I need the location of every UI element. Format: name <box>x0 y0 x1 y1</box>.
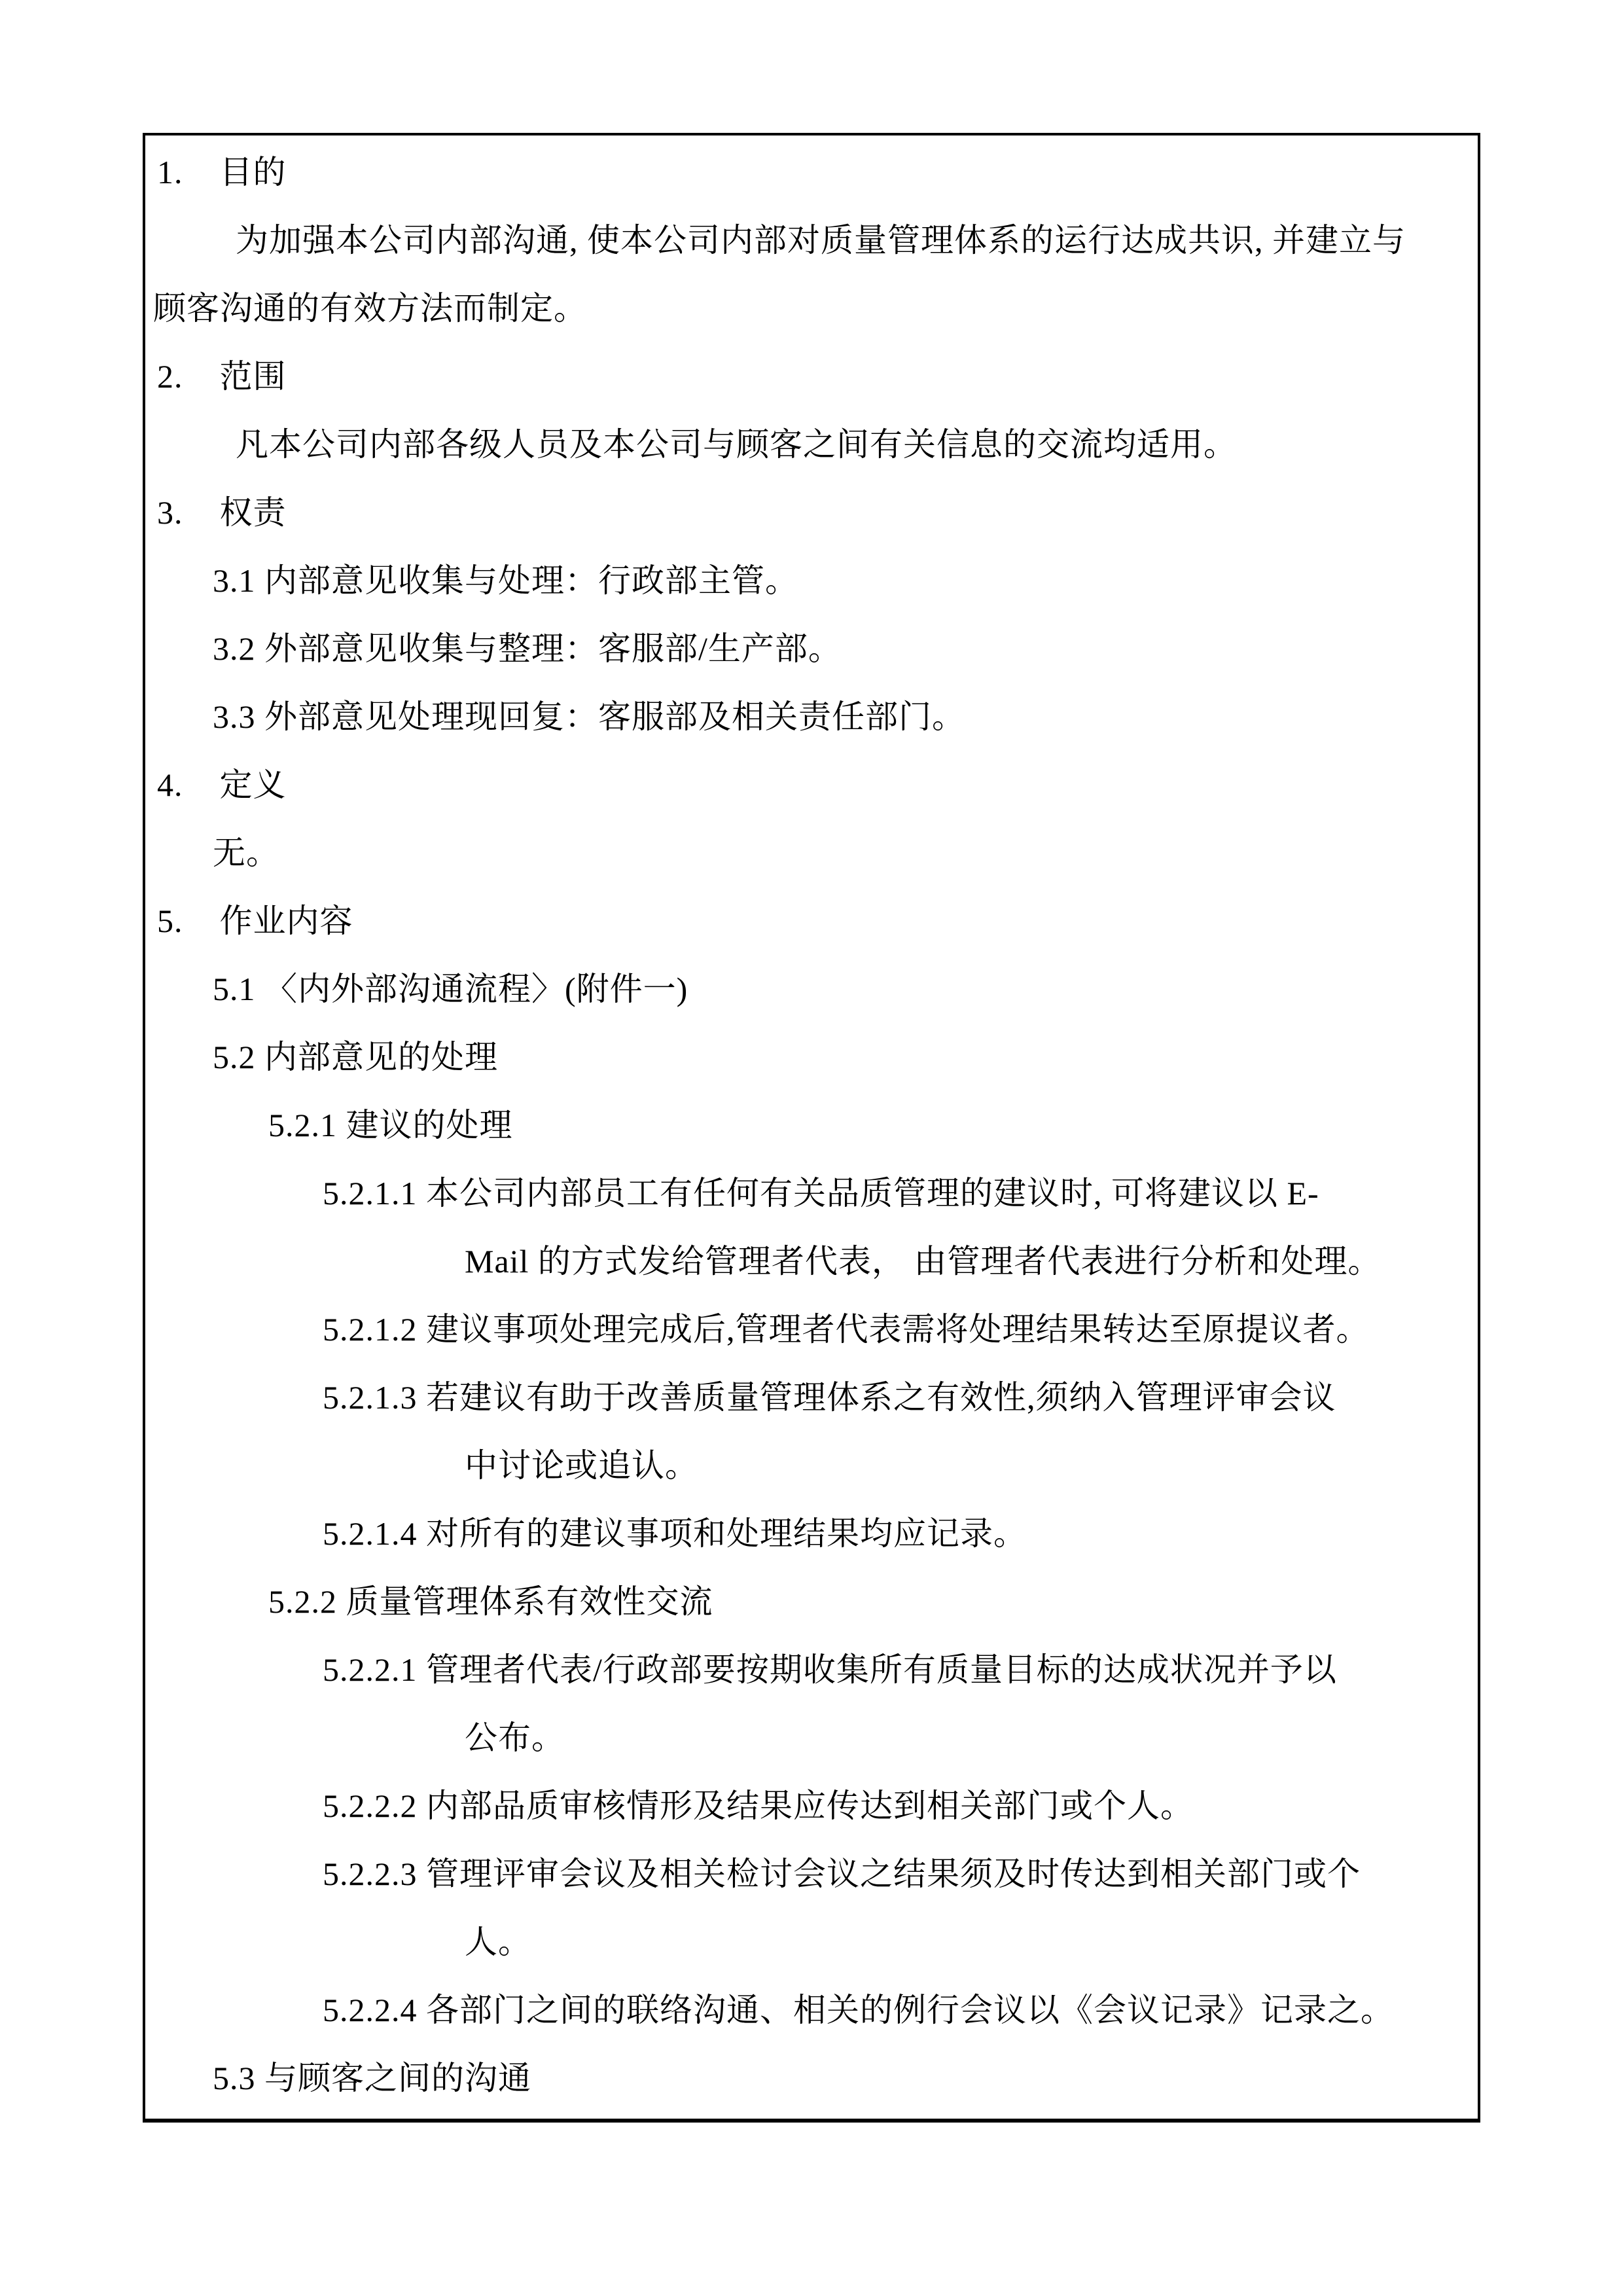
line-text: 5.1 〈内外部沟通流程〉(附件一) <box>213 971 688 1007</box>
line-text: 5.2.1.2 建议事项处理完成后,管理者代表需将处理结果转达至原提议者。 <box>323 1311 1370 1348</box>
text-line: 无。 <box>145 819 1478 887</box>
line-text: 5.2.2.1 管理者代表/行政部要按期收集所有质量目标的达成状况并予以 <box>323 1651 1337 1688</box>
line-text: 5.2.2.4 各部门之间的联络沟通、相关的例行会议以《会议记录》记录之。 <box>323 1992 1394 2028</box>
line-text: 目的 <box>220 154 287 190</box>
section-number: 2. <box>157 342 211 410</box>
text-line: 5.2.1.1 本公司内部员工有任何有关品质管理的建议时, 可将建议以 E- <box>145 1159 1478 1227</box>
text-line: 3. 权责 <box>145 478 1478 547</box>
text-line: 5.2 内部意见的处理 <box>145 1023 1478 1091</box>
line-text: 3.1 内部意见收集与处理：行政部主管。 <box>213 562 798 599</box>
line-text: Mail 的方式发给管理者代表， 由管理者代表进行分析和处理。 <box>465 1243 1381 1280</box>
text-line: 5.2.2.4 各部门之间的联络沟通、相关的例行会议以《会议记录》记录之。 <box>145 1976 1478 2044</box>
text-line: Mail 的方式发给管理者代表， 由管理者代表进行分析和处理。 <box>145 1227 1478 1295</box>
text-line: 3.1 内部意见收集与处理：行政部主管。 <box>145 547 1478 615</box>
text-line: 人。 <box>145 1908 1478 1976</box>
text-line: 5.2.1 建议的处理 <box>145 1091 1478 1159</box>
text-line: 5.2.1.4 对所有的建议事项和处理结果均应记录。 <box>145 1499 1478 1568</box>
document-content-box: 1. 目的 为加强本公司内部沟通, 使本公司内部对质量管理体系的运行达成共识, … <box>143 133 1480 2123</box>
line-text: 中讨论或追认。 <box>465 1447 698 1484</box>
section-number: 1. <box>157 138 211 206</box>
text-line: 5.2.1.3 若建议有助于改善质量管理体系之有效性,须纳入管理评审会议 <box>145 1363 1478 1431</box>
section-number: 3. <box>157 478 211 547</box>
line-text: 顾客沟通的有效方法而制定。 <box>153 290 587 327</box>
line-text: 5.2.1.3 若建议有助于改善质量管理体系之有效性,须纳入管理评审会议 <box>323 1379 1336 1416</box>
text-line: 5.2.2.1 管理者代表/行政部要按期收集所有质量目标的达成状况并予以 <box>145 1636 1478 1704</box>
line-text: 人。 <box>465 1924 531 1960</box>
line-text: 为加强本公司内部沟通, 使本公司内部对质量管理体系的运行达成共识, 并建立与 <box>236 222 1406 259</box>
line-text: 5.2 内部意见的处理 <box>213 1039 498 1075</box>
text-line: 5. 作业内容 <box>145 887 1478 955</box>
text-line: 顾客沟通的有效方法而制定。 <box>145 274 1478 342</box>
text-line: 凡本公司内部各级人员及本公司与顾客之间有关信息的交流均适用。 <box>145 410 1478 478</box>
line-text: 5.2.2 质量管理体系有效性交流 <box>268 1583 713 1620</box>
section-number: 4. <box>157 751 211 819</box>
text-line: 5.2.1.2 建议事项处理完成后,管理者代表需将处理结果转达至原提议者。 <box>145 1295 1478 1363</box>
line-text: 范围 <box>220 358 287 395</box>
text-line: 2. 范围 <box>145 342 1478 410</box>
text-line: 公布。 <box>145 1704 1478 1772</box>
line-text: 凡本公司内部各级人员及本公司与顾客之间有关信息的交流均适用。 <box>236 426 1237 463</box>
line-text: 5.3 与顾客之间的沟通 <box>213 2060 531 2096</box>
line-text: 5.2.1.1 本公司内部员工有任何有关品质管理的建议时, 可将建议以 E- <box>323 1175 1319 1211</box>
page-background: { "page": { "background_color": "#ffffff… <box>0 0 1623 2296</box>
line-text: 公布。 <box>465 1719 565 1756</box>
line-text: 5.2.1 建议的处理 <box>268 1107 513 1143</box>
line-text: 5.2.2.3 管理评审会议及相关检讨会议之结果须及时传达到相关部门或个 <box>323 1856 1361 1892</box>
text-line: 4. 定义 <box>145 751 1478 819</box>
text-line: 5.3 与顾客之间的沟通 <box>145 2044 1478 2112</box>
line-text: 5.2.1.4 对所有的建议事项和处理结果均应记录。 <box>323 1515 1027 1552</box>
text-line: 3.3 外部意见处理现回复：客服部及相关责任部门。 <box>145 683 1478 751</box>
line-text: 定义 <box>220 766 287 803</box>
text-line: 为加强本公司内部沟通, 使本公司内部对质量管理体系的运行达成共识, 并建立与 <box>145 206 1478 274</box>
text-line: 1. 目的 <box>145 138 1478 206</box>
line-text: 5.2.2.2 内部品质审核情形及结果应传达到相关部门或个人。 <box>323 1787 1194 1824</box>
line-text: 3.2 外部意见收集与整理：客服部/生产部。 <box>213 630 842 667</box>
text-line: 3.2 外部意见收集与整理：客服部/生产部。 <box>145 615 1478 683</box>
text-line: 5.2.2.2 内部品质审核情形及结果应传达到相关部门或个人。 <box>145 1772 1478 1840</box>
text-line: 5.2.2 质量管理体系有效性交流 <box>145 1568 1478 1636</box>
text-line: 5.2.2.3 管理评审会议及相关检讨会议之结果须及时传达到相关部门或个 <box>145 1840 1478 1908</box>
text-line: 5.1 〈内外部沟通流程〉(附件一) <box>145 955 1478 1023</box>
line-text: 3.3 外部意见处理现回复：客服部及相关责任部门。 <box>213 698 965 735</box>
text-line: 中讨论或追认。 <box>145 1431 1478 1499</box>
line-text: 权责 <box>220 494 287 531</box>
line-text: 作业内容 <box>220 903 353 939</box>
section-number: 5. <box>157 887 211 955</box>
line-text: 无。 <box>213 834 279 871</box>
